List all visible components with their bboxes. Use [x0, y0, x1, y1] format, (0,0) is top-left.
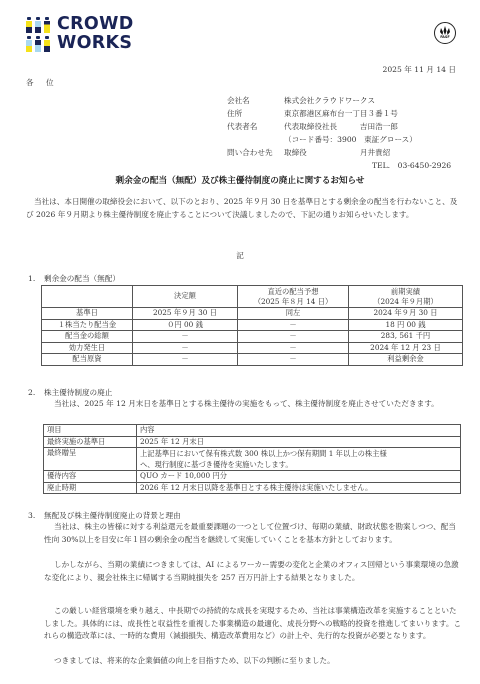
- table-header-cell: 決定額: [133, 286, 238, 308]
- table-cell: 2026 年 12 月末日以降を基準日とする株主優待は実施いたしません。: [137, 482, 461, 494]
- crowdworks-logo: CROWD WORKS: [26, 15, 126, 55]
- company-name-label: 会社名: [227, 97, 250, 105]
- table-cell: －: [133, 342, 238, 354]
- cell-line: 上記基準日において保有株式数 300 株以上かつ保有期間 1 年以上の株主様: [140, 448, 457, 459]
- header-line: （2025 年８月 14 日）: [241, 297, 345, 307]
- contact-value: 取締役 月井貴紹: [284, 149, 390, 157]
- logo-text-crowd: CROWD: [57, 15, 134, 34]
- fasf-label: FASF: [435, 36, 455, 40]
- table-header-row: 決定額 直近の配当予想 （2025 年８月 14 日） 前期実績 （2024 年…: [42, 286, 463, 308]
- addressee: 各 位: [26, 79, 59, 87]
- table-row: 最終実施の基準日 2025 年 12 月末日: [44, 436, 461, 448]
- company-name-value: 株式会社クラウドワークス: [284, 97, 375, 105]
- table-header-cell: 内容: [137, 425, 461, 437]
- stock-code: （コード番号：3900 東証グロース）: [284, 136, 417, 144]
- section2-title: 株主優待制度の廃止: [44, 389, 112, 397]
- table-cell: 配当金の総額: [42, 331, 133, 343]
- section1-number: 1.: [28, 275, 35, 283]
- table-cell: 2025 年９月 30 日: [133, 308, 238, 320]
- table-header-cell: 直近の配当予想 （2025 年８月 14 日）: [238, 286, 349, 308]
- table-cell: 2024 年 12 月 23 日: [349, 342, 463, 354]
- table-cell: 2024 年９月 30 日: [349, 308, 463, 320]
- address-value: 東京都港区麻布台一丁目３番１号: [284, 110, 398, 118]
- logo-figures-icon: [26, 15, 53, 53]
- table-cell: －: [133, 354, 238, 366]
- table-header-cell: [42, 286, 133, 308]
- section3-number: 3.: [28, 512, 35, 520]
- table-cell: －: [238, 319, 349, 331]
- section3-title: 無配及び株主優待制度廃止の背景と理由: [44, 512, 181, 520]
- table-cell: 効力発生日: [42, 342, 133, 354]
- table-cell: 優待内容: [44, 471, 137, 483]
- table-cell: 最終贈呈: [44, 448, 137, 471]
- dividend-table: 決定額 直近の配当予想 （2025 年８月 14 日） 前期実績 （2024 年…: [41, 285, 463, 366]
- table-cell: －: [133, 331, 238, 343]
- table-cell: 利益剰余金: [349, 354, 463, 366]
- table-cell: 283, 561 千円: [349, 331, 463, 343]
- table-header-cell: 前期実績 （2024 年９月期）: [349, 286, 463, 308]
- table-row: 廃止時期 2026 年 12 月末日以降を基準日とする株主優待は実施いたしません…: [44, 482, 461, 494]
- table-header-row: 項目 内容: [44, 425, 461, 437]
- document-title: 剰余金の配当（無配）及び株主優待制度の廃止に関するお知らせ: [0, 177, 480, 186]
- table-cell: －: [238, 342, 349, 354]
- table-cell: 配当原資: [42, 354, 133, 366]
- table-row: １株当たり配当金 ０円 00 銭 － 18 円 00 銭: [42, 319, 463, 331]
- section3-paragraph: しかしながら、当期の業績につきましては、AI によるワーカー需要の変化と企業のオ…: [44, 559, 462, 584]
- header-line: 直近の配当予想: [241, 287, 345, 297]
- section2-number: 2.: [28, 389, 35, 397]
- table-cell: １株当たり配当金: [42, 319, 133, 331]
- intro-paragraph: 当社は、本日開催の取締役会において、以下のとおり、2025 年９月 30 日を基…: [26, 196, 458, 221]
- table-row: 配当原資 － － 利益剰余金: [42, 354, 463, 366]
- header-line: （2024 年９月期）: [352, 297, 459, 307]
- table-row: 優待内容 QUO カード 10,000 円分: [44, 471, 461, 483]
- table-header-cell: 項目: [44, 425, 137, 437]
- table-cell: ０円 00 銭: [133, 319, 238, 331]
- contact-phone: TEL. 03-6450-2926: [372, 162, 451, 170]
- table-row: 基準日 2025 年９月 30 日 同左 2024 年９月 30 日: [42, 308, 463, 320]
- contact-label: 問い合わせ先: [227, 149, 273, 157]
- ki-heading: 記: [0, 252, 480, 260]
- table-cell: 基準日: [42, 308, 133, 320]
- table-cell: 2025 年 12 月末日: [137, 436, 461, 448]
- document-date: 2025 年 11 月 14 日: [382, 66, 456, 74]
- address-label: 住所: [227, 110, 242, 118]
- table-cell: QUO カード 10,000 円分: [137, 471, 461, 483]
- table-cell: 廃止時期: [44, 482, 137, 494]
- table-cell: －: [238, 331, 349, 343]
- table-cell: 最終実施の基準日: [44, 436, 137, 448]
- shareholder-benefit-table: 項目 内容 最終実施の基準日 2025 年 12 月末日 最終贈呈 上記基準日に…: [43, 424, 461, 494]
- header-line: 前期実績: [352, 287, 459, 297]
- table-cell: 上記基準日において保有株式数 300 株以上かつ保有期間 1 年以上の株主様 へ…: [137, 448, 461, 471]
- section3-paragraph: つきましては、将来的な企業価値の向上を目指すため、以下の判断に至りました。: [44, 655, 462, 668]
- fasf-badge-icon: FASF: [434, 22, 456, 44]
- table-row: 最終贈呈 上記基準日において保有株式数 300 株以上かつ保有期間 1 年以上の…: [44, 448, 461, 471]
- cell-line: へ、現行制度に基づき優待を実施いたします。: [140, 459, 457, 470]
- table-row: 配当金の総額 － － 283, 561 千円: [42, 331, 463, 343]
- section1-title: 剰余金の配当（無配）: [44, 275, 120, 283]
- representative-label: 代表者名: [227, 123, 257, 131]
- table-cell: 18 円 00 銭: [349, 319, 463, 331]
- section3-paragraph: 当社は、株主の皆様に対する利益還元を最重要課題の一つとして位置づけ、毎期の業績、…: [44, 521, 462, 546]
- table-row: 効力発生日 － － 2024 年 12 月 23 日: [42, 342, 463, 354]
- logo-text-works: WORKS: [57, 34, 134, 53]
- table-cell: 同左: [238, 308, 349, 320]
- representative-value: 代表取締役社長 吉田浩一郎: [284, 123, 398, 131]
- logo-text: CROWD WORKS: [57, 15, 134, 53]
- section3-paragraph: この厳しい経営環境を乗り越え、中長期での持続的な成長を実現するため、当社は事業構…: [44, 605, 462, 643]
- table-cell: －: [238, 354, 349, 366]
- section2-body: 当社は、2025 年 12 月末日を基準日とする株主優待の実施をもって、株主優待…: [44, 398, 462, 411]
